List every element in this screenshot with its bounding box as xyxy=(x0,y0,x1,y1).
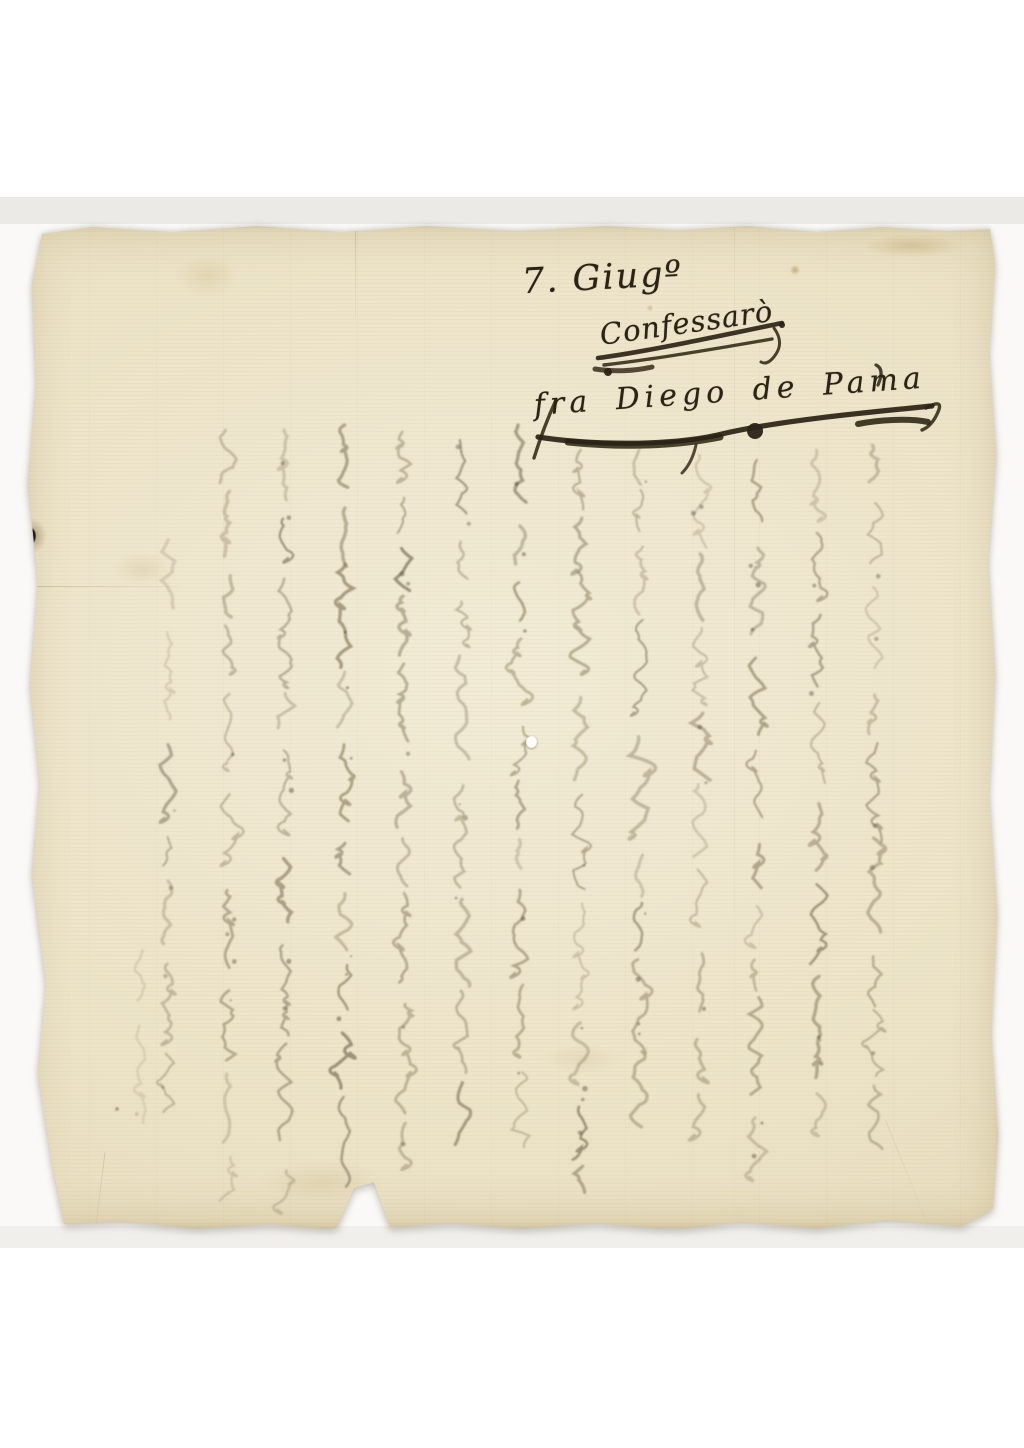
ink-blot-small xyxy=(747,423,763,439)
paper-sheet: 7. Giugº Confessarò fra Diego de Pama xyxy=(22,224,1002,1228)
ink-blot-small xyxy=(779,322,785,328)
strikethrough-stroke xyxy=(858,420,928,424)
manuscript-paper: 7. Giugº Confessarò fra Diego de Pama xyxy=(22,224,1002,1228)
backdrop-band-top xyxy=(0,197,1024,224)
annotation-date: 7. Giugº xyxy=(521,254,684,302)
photo-backdrop: 7. Giugº Confessarò fra Diego de Pama xyxy=(0,197,1024,1248)
strikethrough-stroke xyxy=(595,367,652,371)
bleed-through-strokes xyxy=(134,425,886,1214)
pinhole xyxy=(526,736,537,748)
backdrop-band-bottom xyxy=(0,1226,1024,1248)
strikethrough-stroke xyxy=(761,328,780,363)
ink-blot-small xyxy=(604,368,612,376)
scanned-letter-page: 7. Giugº Confessarò fra Diego de Pama xyxy=(0,0,1024,1448)
strikethrough-stroke xyxy=(682,445,696,473)
